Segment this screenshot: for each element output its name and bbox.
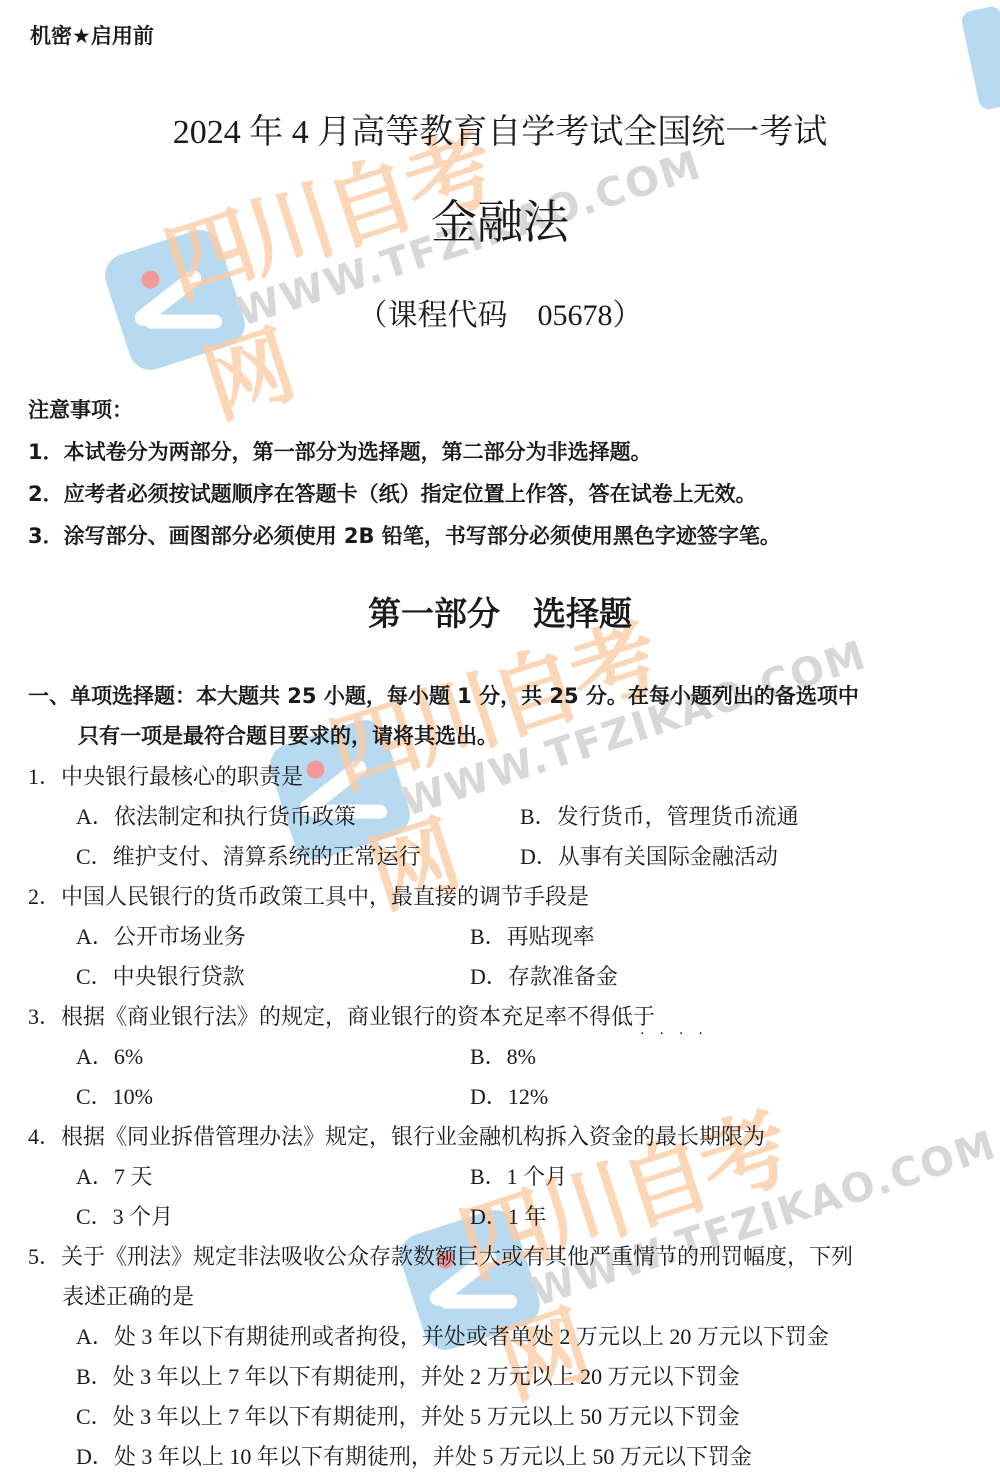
subject-title: 金融法 <box>0 186 1000 252</box>
option-b: B．再贴现率 <box>470 920 595 951</box>
question-5: 5．关于《刑法》规定非法吸收公众存款数额巨大或有其他严重情节的刑罚幅度，下列 <box>28 1240 853 1271</box>
watermark-2: 四川自考网 WWW.TFZIKAO.COM <box>270 640 790 870</box>
option-a: A．依法制定和执行货币政策 <box>76 800 356 831</box>
option-c: C．10% <box>76 1080 153 1111</box>
notice-item: 3．涂写部分、画图部分必须使用 2B 铅笔，书写部分必须使用黑色字迹签字笔。 <box>28 520 781 550</box>
watermark-1: 四川自考网 WWW.TFZIKAO.COM <box>105 150 625 380</box>
part-one-title: 第一部分 选择题 <box>0 588 1000 635</box>
option-a: A．7 天 <box>76 1160 152 1191</box>
option-a: A．处 3 年以下有期徒刑或者拘役，并处或者单处 2 万元以上 20 万元以下罚… <box>76 1320 829 1351</box>
option-b: B．处 3 年以上 7 年以下有期徒刑，并处 2 万元以上 20 万元以下罚金 <box>76 1360 740 1391</box>
option-b: B．8% <box>470 1040 536 1071</box>
option-d: D．处 3 年以上 10 年以下有期徒刑，并处 5 万元以上 50 万元以下罚金 <box>76 1440 752 1471</box>
section-instructions: 一、单项选择题：本大题共 25 小题，每小题 1 分，共 25 分。在每小题列出… <box>28 680 859 710</box>
question-3: 3．根据《商业银行法》的规定，商业银行的资本充足率不得低于 <box>28 1000 655 1031</box>
option-a: A．公开市场业务 <box>76 920 246 951</box>
notice-heading: 注意事项： <box>28 394 133 424</box>
option-a: A．6% <box>76 1040 143 1071</box>
option-c: C．维护支付、清算系统的正常运行 <box>76 840 421 871</box>
question-4: 4．根据《同业拆借管理办法》规定，银行业金融机构拆入资金的最长期限为 <box>28 1120 765 1151</box>
question-1: 1．中央银行最核心的职责是 <box>28 760 303 791</box>
notice-item: 1．本试卷分为两部分，第一部分为选择题，第二部分为非选择题。 <box>28 436 652 466</box>
course-code: （课程代码 05678） <box>0 290 1000 334</box>
watermark-edge-right <box>970 0 1000 110</box>
option-c: C．3 个月 <box>76 1200 173 1231</box>
question-2: 2．中国人民银行的货币政策工具中，最直接的调节手段是 <box>28 880 589 911</box>
watermark-url: WWW.TFZIKAO.COM <box>526 1122 1000 1316</box>
question-5-cont: 表述正确的是 <box>62 1280 194 1311</box>
emphasis-dots: ···· <box>640 1026 718 1042</box>
exam-title: 2024 年 4 月高等教育自学考试全国统一考试 <box>0 104 1000 153</box>
option-b: B．发行货币，管理货币流通 <box>520 800 799 831</box>
option-d: D．12% <box>470 1080 548 1111</box>
option-d: D．从事有关国际金融活动 <box>520 840 778 871</box>
option-b: B．1 个月 <box>470 1160 567 1191</box>
option-c: C．中央银行贷款 <box>76 960 245 991</box>
section-instructions-cont: 只有一项是最符合题目要求的，请将其选出。 <box>78 720 498 750</box>
notice-item: 2．应考者必须按试题顺序在答题卡（纸）指定位置上作答，答在试卷上无效。 <box>28 478 757 508</box>
option-c: C．处 3 年以上 7 年以下有期徒刑，并处 5 万元以上 50 万元以下罚金 <box>76 1400 740 1431</box>
option-d: D．1 年 <box>470 1200 546 1231</box>
confidential-label: 机密★启用前 <box>30 20 154 50</box>
option-d: D．存款准备金 <box>470 960 618 991</box>
